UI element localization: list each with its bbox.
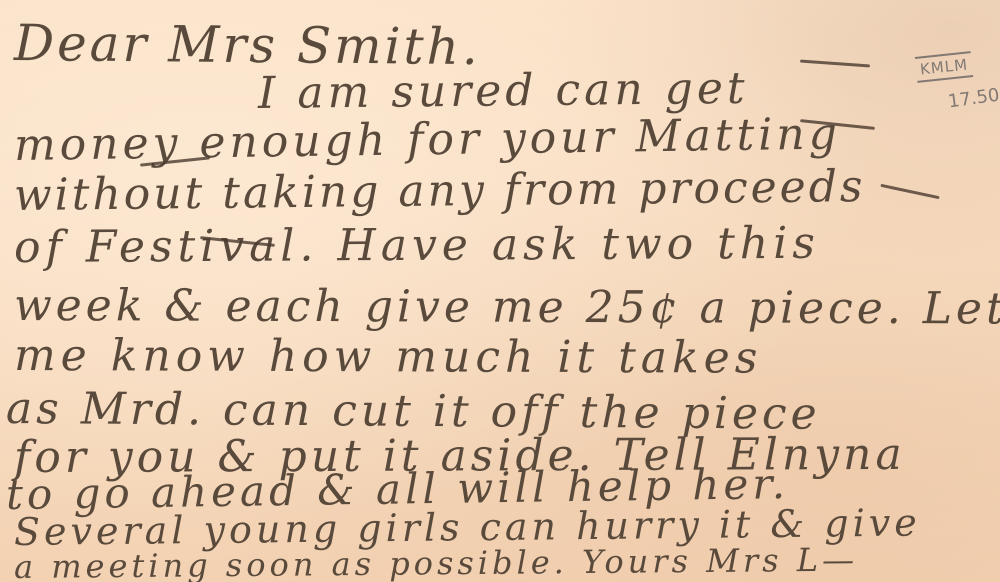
pencil-catalog-code: KMLM: [915, 51, 973, 83]
postcard: Dear Mrs Smith. I am sured can get money…: [0, 0, 1000, 582]
letter-line-2: money enough for your Matting: [14, 108, 841, 171]
letter-line-5: week & each give me 25¢ a piece. Let: [14, 280, 1000, 334]
ink-flourish: [880, 184, 939, 199]
letter-line-11: a meeting soon as possible. Yours Mrs L—: [14, 541, 858, 582]
ink-flourish: [800, 60, 870, 68]
letter-line-6: me know how much it takes: [14, 330, 763, 384]
letter-line-3: without taking any from proceeds: [14, 161, 866, 221]
pencil-price-mark: 17.50: [947, 85, 1000, 113]
letter-line-4: of Festival. Have ask two this: [14, 218, 820, 273]
